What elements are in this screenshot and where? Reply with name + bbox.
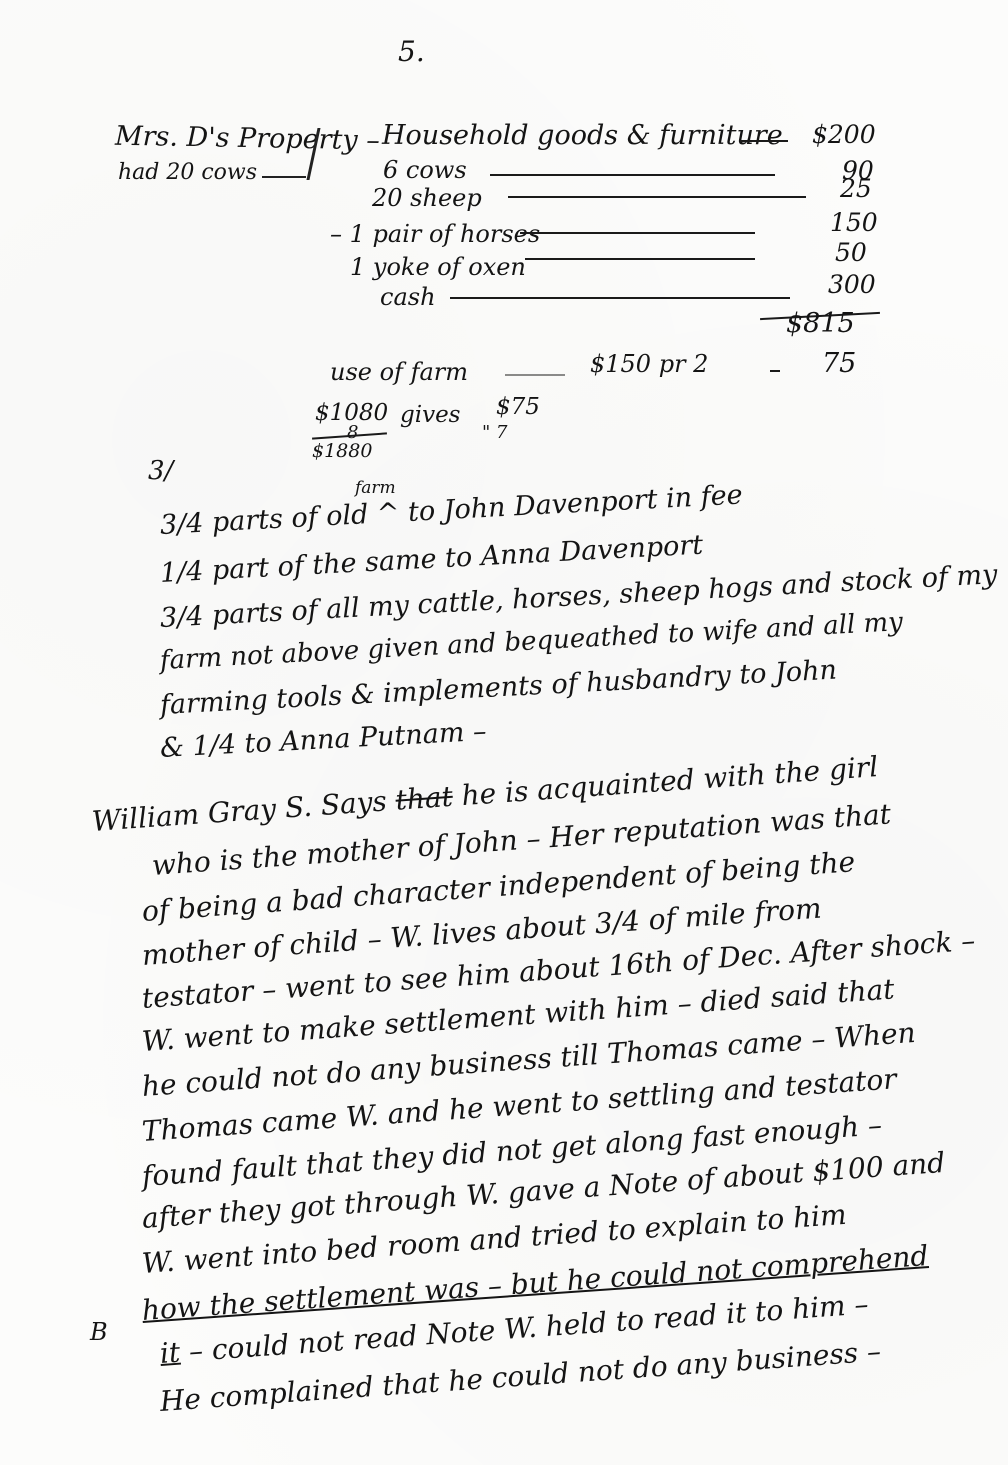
inventory-total: $815: [786, 310, 855, 337]
calc-result: $1880: [312, 442, 372, 461]
farm-use-description: use of farm: [330, 360, 468, 384]
manuscript-page: 5. Mrs. D's Property – had 20 cows House…: [0, 0, 1008, 1465]
page-number: 5.: [398, 38, 425, 66]
inventory-label: Mrs. D's Property –: [115, 123, 380, 155]
leader-line: [505, 374, 565, 376]
struck-text: that: [394, 780, 453, 817]
leader-line: [508, 196, 806, 198]
will-margin-mark: 3/: [148, 458, 173, 484]
will-line: 3/4 parts of old ^ to John Davenport in …: [159, 481, 743, 538]
leader-line: [740, 140, 788, 142]
calc-gives-amount: $75: [496, 396, 540, 419]
farm-use-rate: $150 pr 2: [590, 352, 708, 376]
leader-line: [450, 297, 790, 299]
calc-gives-sub: " 7: [482, 424, 507, 442]
underlined-text: it: [159, 1336, 181, 1370]
calc-gives: gives: [400, 404, 461, 427]
testimony-text: William Gray S. Says: [91, 784, 397, 838]
leader-line: [770, 370, 780, 372]
insertion-text: farm: [355, 480, 396, 497]
inventory-item-description: Household goods & furniture: [382, 122, 783, 149]
inventory-item-description: 1 yoke of oxen: [350, 255, 526, 279]
inventory-item-amount: 50: [835, 240, 867, 265]
inventory-margin-note: had 20 cows: [118, 162, 257, 184]
leader-line: [490, 174, 775, 176]
inventory-item-description: cash: [380, 285, 436, 309]
leader-line: [525, 258, 755, 260]
divider: [262, 176, 306, 178]
inventory-item-amount: $200: [812, 122, 876, 147]
margin-mark-b: B: [90, 1320, 108, 1344]
inventory-item-description: 20 sheep: [372, 186, 482, 210]
inventory-item-amount: 300: [828, 272, 876, 297]
inventory-item-description: 6 cows: [383, 158, 467, 182]
inventory-item-description: – 1 pair of horses: [330, 222, 540, 246]
will-line: & 1/4 to Anna Putnam –: [159, 718, 487, 762]
farm-use-amount: 75: [822, 350, 856, 377]
leader-line: [520, 232, 755, 234]
inventory-item-amount: 150: [830, 210, 878, 235]
inventory-item-amount: 25: [840, 176, 872, 201]
